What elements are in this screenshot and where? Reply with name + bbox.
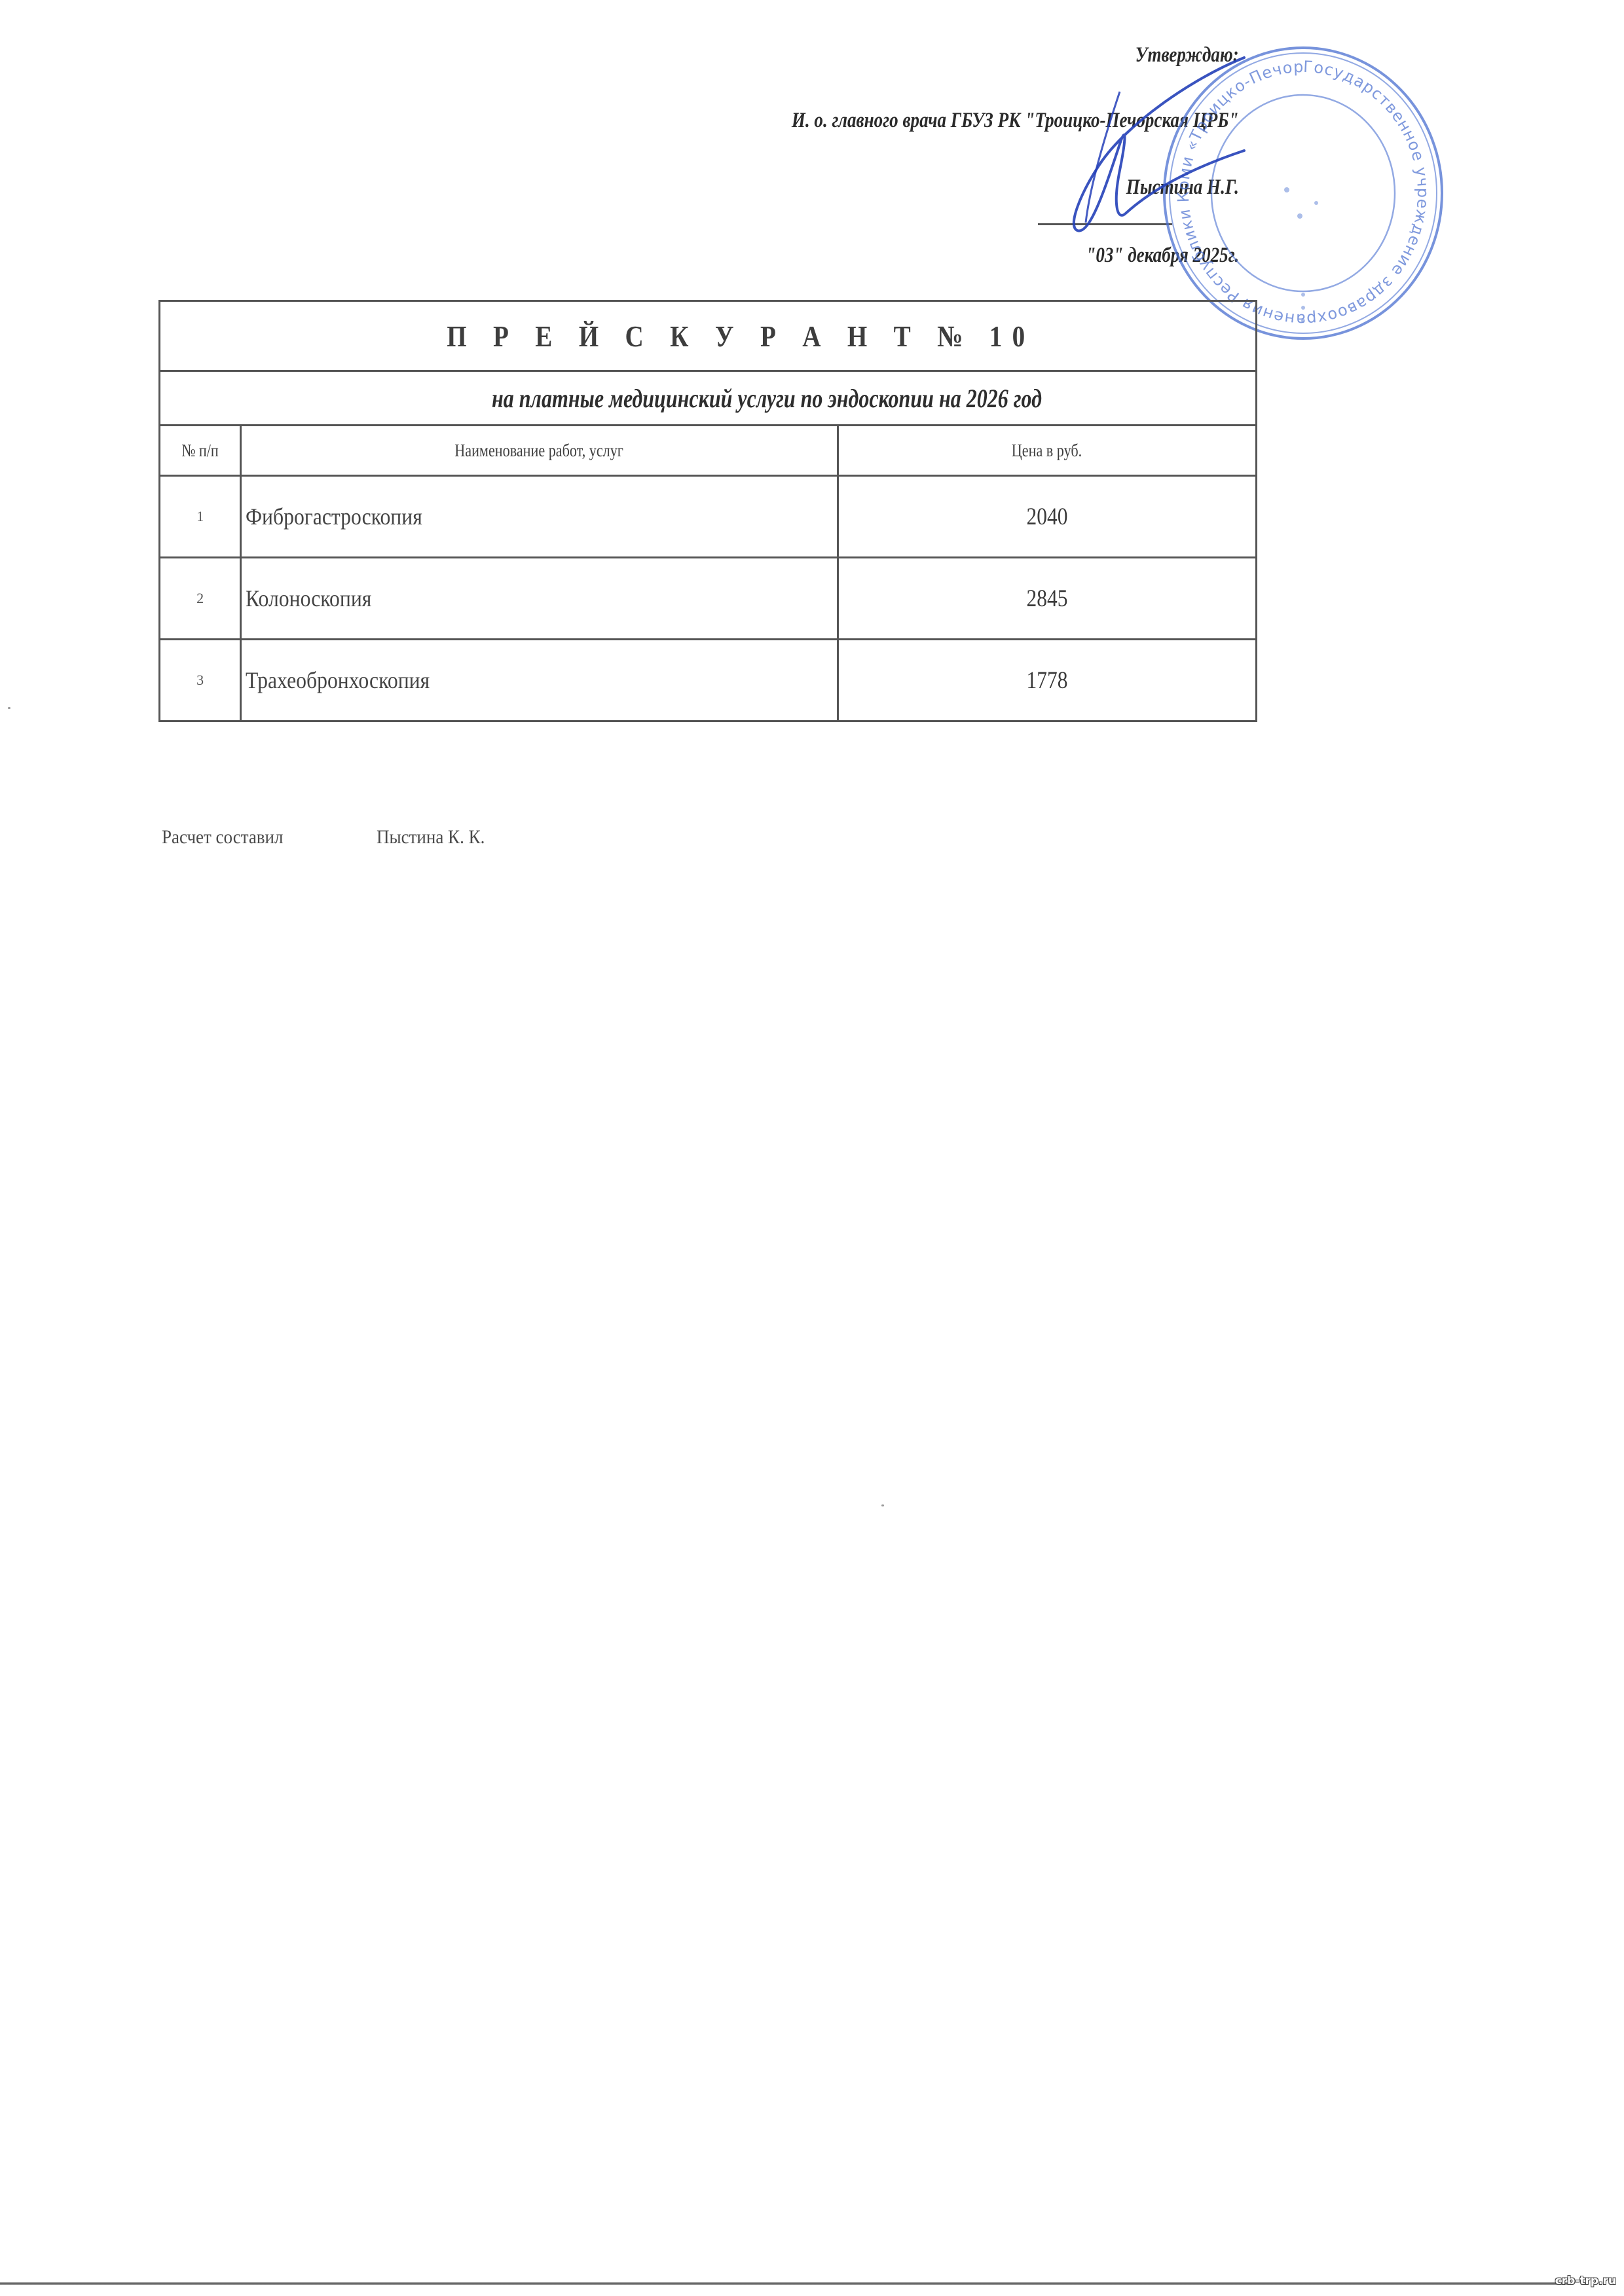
- table-row: 3 Трахеобронхоскопия 1778: [160, 640, 1257, 721]
- row-number: 2: [160, 558, 241, 640]
- signature-icon: [1028, 52, 1251, 236]
- row-number: 1: [160, 476, 241, 558]
- table-row: 2 Колоноскопия 2845: [160, 558, 1257, 640]
- approver-name: Пыстина Н.Г.: [1126, 175, 1239, 200]
- table-header-row: № п/п Наименование работ, услуг Цена в р…: [160, 426, 1257, 476]
- site-watermark: crb-trp.ru: [1555, 2274, 1616, 2287]
- service-price: 2845: [838, 558, 1256, 640]
- scan-speck: [8, 707, 10, 709]
- approver-position: И. о. главного врача ГБУЗ РК "Троицко-Пе…: [792, 109, 1239, 133]
- bottom-rule: [0, 2282, 1572, 2285]
- column-header-number: № п/п: [160, 426, 241, 476]
- compiled-by-name: Пыстина К. К.: [377, 826, 497, 848]
- column-header-name: Наименование работ, услуг: [241, 426, 838, 476]
- row-number: 3: [160, 640, 241, 721]
- price-list-subtitle: на платные медицинский услуги по эндоско…: [492, 383, 1042, 414]
- service-name: Колоноскопия: [241, 558, 838, 640]
- scan-speck: [881, 1504, 884, 1506]
- signature-line: [1038, 223, 1172, 225]
- approval-heading: Утверждаю:: [1135, 43, 1239, 67]
- service-price: 1778: [838, 640, 1256, 721]
- price-list-subtitle-cell: на платные медицинский услуги по эндоско…: [160, 371, 1257, 426]
- service-name: Фиброгастроскопия: [241, 476, 838, 558]
- price-list-title-cell: П Р Е Й С К У Р А Н Т № 10: [160, 301, 1257, 371]
- price-list-table: П Р Е Й С К У Р А Н Т № 10 на платные ме…: [158, 300, 1257, 722]
- column-header-price: Цена в руб.: [838, 426, 1256, 476]
- price-list-title: П Р Е Й С К У Р А Н Т № 10: [447, 319, 1035, 354]
- table-row: 1 Фиброгастроскопия 2040: [160, 476, 1257, 558]
- service-name: Трахеобронхоскопия: [241, 640, 838, 721]
- compiled-by-label: Расчет составил: [162, 826, 297, 848]
- approval-date: "03" декабря 2025г.: [1086, 244, 1239, 268]
- service-price: 2040: [838, 476, 1256, 558]
